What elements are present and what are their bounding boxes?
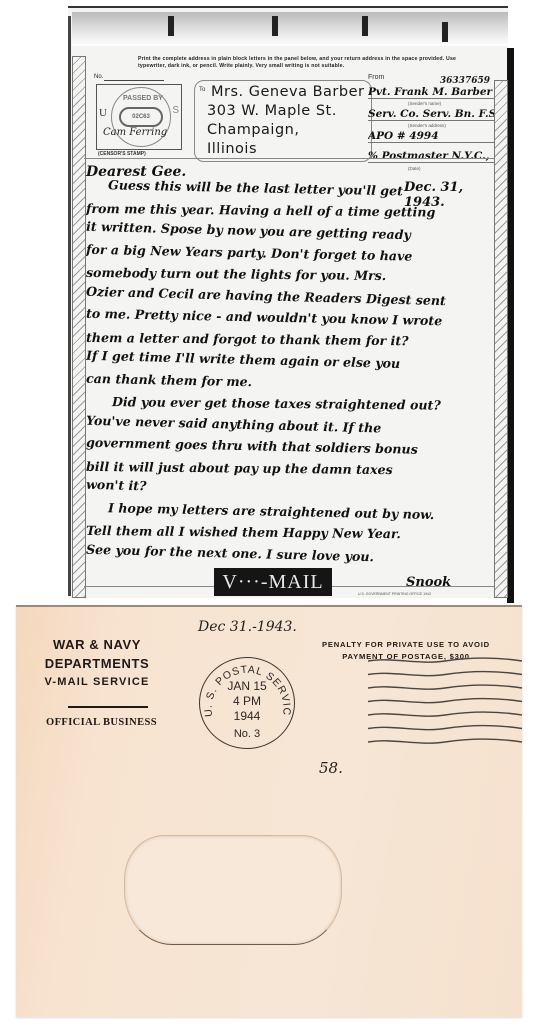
page-number: 58. (319, 759, 343, 777)
form-instructions: Print the complete address in plain bloc… (138, 56, 478, 70)
print-credit: U.S. GOVERNMENT PRINTING OFFICE 1943 (358, 592, 431, 596)
from-label: From (368, 74, 384, 81)
censor-stamp-label: (CENSOR'S STAMP) (98, 151, 146, 157)
department-line-2: DEPARTMENTS (24, 654, 170, 673)
sender-address-caption: (Sender's address) (408, 123, 446, 128)
recipient-city: Champaign, (207, 121, 299, 140)
censor-signature: Cam Ferring (103, 127, 167, 138)
sender-serial: 36337659 (440, 76, 490, 86)
recipient-street: 303 W. Maple St. (207, 102, 337, 121)
department-heading: WAR & NAVY DEPARTMENTS V-MAIL SERVICE (24, 635, 170, 691)
number-line (104, 80, 164, 81)
department-rule (68, 706, 148, 708)
number-label: No. (94, 74, 103, 80)
letter-edge-left (68, 16, 71, 596)
postmark-station: No. 3 (199, 727, 295, 741)
to-label: To (199, 87, 205, 93)
censor-letter-u: U (99, 107, 107, 119)
department-line-1: WAR & NAVY (24, 635, 170, 654)
recipient-name: Mrs. Geneva Barber (211, 83, 364, 102)
department-line-3: V-MAIL SERVICE (24, 673, 170, 691)
censor-stamp: PASSED BY 02C63 U S Cam Ferring (96, 84, 182, 150)
letter-signature: Snook (406, 575, 451, 590)
recipient-state: Illinois (207, 140, 257, 159)
penalty-line-1: PENALTY FOR PRIVATE USE TO AVOID (306, 639, 506, 651)
address-window (124, 835, 342, 945)
letter-edge-right (507, 48, 514, 603)
sender-name: Pvt. Frank M. Barber (368, 86, 494, 99)
header-rule (84, 158, 494, 159)
vmail-banner: V···-MAIL (214, 568, 332, 596)
postmark-year: 1944 (199, 709, 295, 723)
sender-apo: APO # 4994 (368, 130, 494, 143)
handwritten-date: Dec 31.-1943. (198, 619, 297, 635)
postmark: U. S. POSTAL SERVICE JAN 15 4 PM 1944 No… (199, 657, 295, 749)
postmark-date: JAN 15 (199, 679, 295, 693)
vmail-envelope: WAR & NAVY DEPARTMENTS V-MAIL SERVICE OF… (16, 605, 522, 1017)
hatched-border-right (494, 80, 508, 598)
official-business-label: OFFICIAL BUSINESS (46, 717, 157, 728)
censor-letter-s: S (172, 105, 179, 116)
censor-code: 02C63 (119, 107, 163, 127)
recipient-address-panel: To Mrs. Geneva Barber 303 W. Maple St. C… (194, 80, 372, 162)
date-caption: (Date) (408, 166, 421, 171)
cancellation-wavy-lines (368, 655, 522, 755)
censor-passed-by: PASSED BY (123, 95, 163, 102)
vmail-letter: Print the complete address in plain bloc… (68, 6, 508, 598)
sender-postmaster: % Postmaster N.Y.C., N.Y. (368, 150, 494, 163)
microfilm-scan-band (72, 12, 508, 46)
postmark-time: 4 PM (199, 694, 295, 708)
hatched-border-left (72, 56, 86, 598)
letter-body: Guess this will be the last letter you'l… (86, 178, 488, 565)
sender-name-caption: (Sender's name) (408, 101, 441, 106)
sender-unit: Serv. Co. Serv. Bn. F.S.S.F. (368, 108, 494, 121)
